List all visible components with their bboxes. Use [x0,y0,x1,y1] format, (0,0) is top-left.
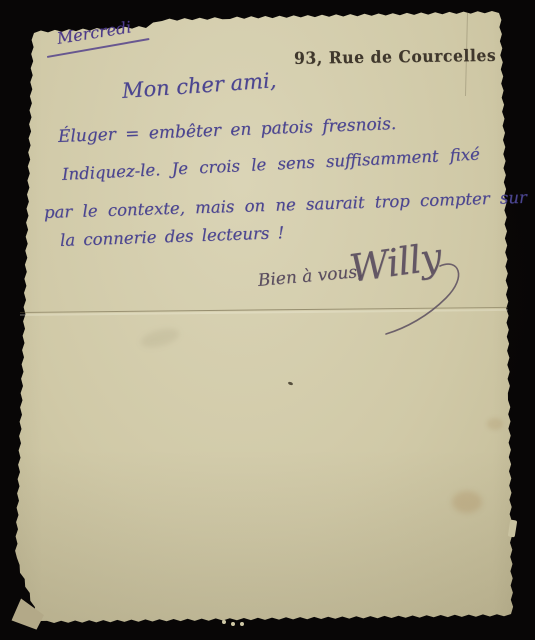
letterhead-address: 93, Rue de Courcelles [294,45,496,68]
letter-photo: Mercredi 93, Rue de Courcelles Mon cher … [0,0,535,640]
paper [0,0,535,640]
stain [452,491,482,513]
stain [487,418,503,430]
perforation-dot [240,622,244,626]
perforation-dot [222,620,226,624]
perforation-fragment [508,520,518,538]
perforation-dot [231,622,235,626]
